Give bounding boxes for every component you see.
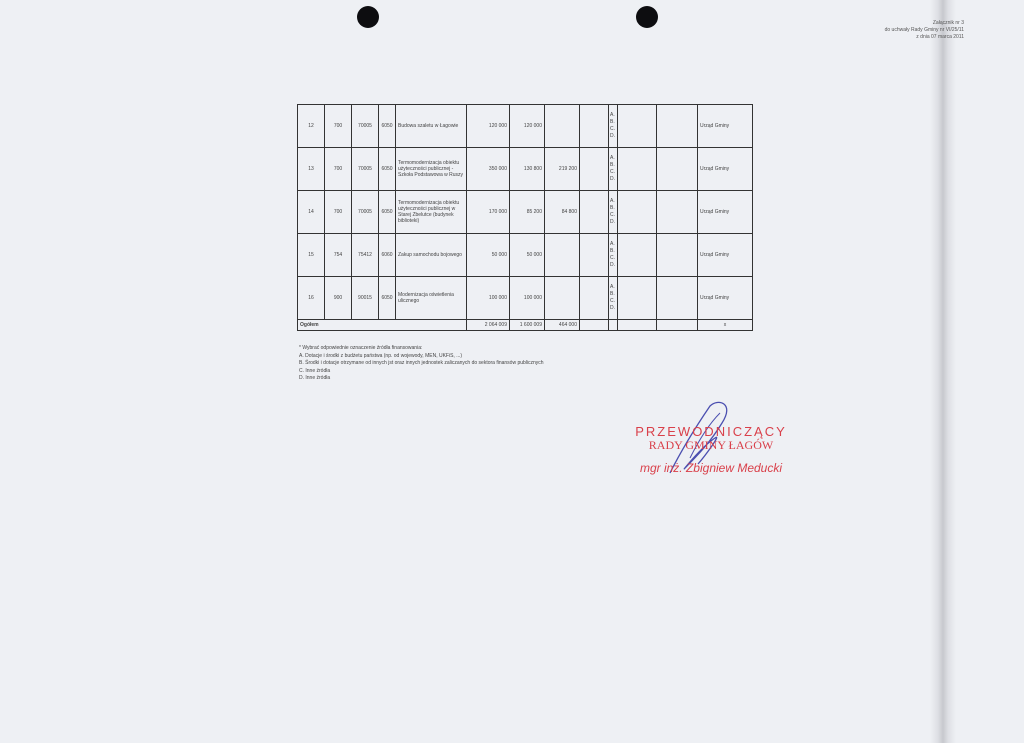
annex-header: Załącznik nr 3 do uchwały Rady Gminy nr … [885, 20, 964, 41]
note-line: * Wybrać odpowiednie oznaczenie źródła f… [299, 345, 544, 353]
rozdzial: 70005 [352, 191, 379, 234]
funding-source-option: C. [610, 212, 616, 219]
empty-cell [580, 105, 609, 148]
stamp-name: mgr inż. Zbigniew Meducki [626, 461, 796, 475]
scan-fold-shadow [930, 0, 956, 743]
dzial: 754 [325, 234, 352, 277]
funding-source-cell: A.B.C.D. [609, 148, 618, 191]
financing-notes: * Wybrać odpowiednie oznaczenie źródła f… [299, 345, 544, 383]
total-cost: 120 000 [467, 105, 510, 148]
funding-source-option: C. [610, 298, 616, 305]
empty-cell [657, 148, 698, 191]
amount-1: 100 000 [510, 277, 545, 320]
total-cost: 50 000 [467, 234, 510, 277]
responsible-unit: Urząd Gminy [698, 277, 753, 320]
funding-source-option: A. [610, 155, 616, 162]
paragraf: 6050 [379, 148, 396, 191]
investment-table: 12700700056050Budowa szaletu w Łagowie12… [297, 104, 753, 331]
task-name: Zakup samochodu bojowego [396, 234, 467, 277]
funding-source-option: D. [610, 176, 616, 183]
table-row: 16900900156050Modernizacja oświetlenia u… [298, 277, 753, 320]
empty-cell [657, 320, 698, 331]
summary-total: 2 064 009 [467, 320, 510, 331]
funding-source-cell: A.B.C.D. [609, 191, 618, 234]
annex-line: Załącznik nr 3 [885, 20, 964, 27]
responsible-unit: Urząd Gminy [698, 148, 753, 191]
empty-cell [618, 234, 657, 277]
empty-cell [657, 234, 698, 277]
funding-source-option: A. [610, 198, 616, 205]
dzial: 700 [325, 191, 352, 234]
paragraf: 6050 [379, 105, 396, 148]
amount-1: 50 000 [510, 234, 545, 277]
empty-cell [618, 105, 657, 148]
empty-cell [580, 191, 609, 234]
rozdzial: 70005 [352, 148, 379, 191]
total-cost: 170 000 [467, 191, 510, 234]
funding-source-option: D. [610, 219, 616, 226]
row-number: 12 [298, 105, 325, 148]
task-name: Termomodernizacja obiektu użyteczności p… [396, 191, 467, 234]
note-line: D. Inne źródła [299, 375, 544, 383]
total-cost: 350 000 [467, 148, 510, 191]
empty-cell [618, 191, 657, 234]
annex-line: do uchwały Rady Gminy nr VI/25/11 [885, 27, 964, 34]
amount-1: 120 000 [510, 105, 545, 148]
amount-1: 130 800 [510, 148, 545, 191]
empty-cell [618, 277, 657, 320]
dzial: 900 [325, 277, 352, 320]
paragraf: 6060 [379, 234, 396, 277]
empty-cell [580, 234, 609, 277]
stamp-title: PRZEWODNICZĄCY [626, 424, 796, 439]
amount-2 [545, 277, 580, 320]
empty-cell [657, 105, 698, 148]
summary-amount-1: 1 600 009 [510, 320, 545, 331]
funding-source-cell: A.B.C.D. [609, 277, 618, 320]
row-number: 14 [298, 191, 325, 234]
summary-unit: x [698, 320, 753, 331]
funding-source-option: A. [610, 112, 616, 119]
funding-source-option: C. [610, 126, 616, 133]
punch-hole-right [636, 6, 658, 28]
table-row: 12700700056050Budowa szaletu w Łagowie12… [298, 105, 753, 148]
note-line: A. Dotacje i środki z budżetu państwa (n… [299, 353, 544, 361]
funding-source-option: B. [610, 162, 616, 169]
funding-source-option: C. [610, 255, 616, 262]
table-row: 15754754126060Zakup samochodu bojowego50… [298, 234, 753, 277]
note-line: B. Środki i dotacje otrzymane od innych … [299, 360, 544, 368]
note-line: C. Inne źródła [299, 368, 544, 376]
responsible-unit: Urząd Gminy [698, 105, 753, 148]
task-name: Modernizacja oświetlenia ulicznego [396, 277, 467, 320]
amount-1: 85 200 [510, 191, 545, 234]
responsible-unit: Urząd Gminy [698, 191, 753, 234]
responsible-unit: Urząd Gminy [698, 234, 753, 277]
empty-cell [609, 320, 618, 331]
funding-source-option: A. [610, 241, 616, 248]
amount-2: 219 200 [545, 148, 580, 191]
amount-2: 84 800 [545, 191, 580, 234]
row-number: 15 [298, 234, 325, 277]
empty-cell [580, 320, 609, 331]
empty-cell [657, 191, 698, 234]
funding-source-cell: A.B.C.D. [609, 105, 618, 148]
funding-source-option: D. [610, 262, 616, 269]
funding-source-option: B. [610, 248, 616, 255]
empty-cell [618, 320, 657, 331]
amount-2 [545, 234, 580, 277]
funding-source-option: A. [610, 284, 616, 291]
funding-source-option: B. [610, 119, 616, 126]
stamp-subtitle: RADY GMINY ŁAGÓW [626, 438, 796, 453]
rozdzial: 75412 [352, 234, 379, 277]
empty-cell [657, 277, 698, 320]
funding-source-option: D. [610, 133, 616, 140]
total-cost: 100 000 [467, 277, 510, 320]
paragraf: 6050 [379, 191, 396, 234]
dzial: 700 [325, 148, 352, 191]
table-row: 14700700056050Termomodernizacja obiektu … [298, 191, 753, 234]
summary-row: Ogółem2 064 0091 600 009464 000x [298, 320, 753, 331]
task-name: Budowa szaletu w Łagowie [396, 105, 467, 148]
rozdzial: 90015 [352, 277, 379, 320]
summary-amount-2: 464 000 [545, 320, 580, 331]
funding-source-option: B. [610, 291, 616, 298]
dzial: 700 [325, 105, 352, 148]
funding-source-option: B. [610, 205, 616, 212]
row-number: 13 [298, 148, 325, 191]
punch-hole-left [357, 6, 379, 28]
empty-cell [580, 277, 609, 320]
chairman-stamp: PRZEWODNICZĄCY RADY GMINY ŁAGÓW mgr inż.… [626, 424, 796, 475]
funding-source-option: D. [610, 305, 616, 312]
empty-cell [580, 148, 609, 191]
row-number: 16 [298, 277, 325, 320]
rozdzial: 70005 [352, 105, 379, 148]
funding-source-cell: A.B.C.D. [609, 234, 618, 277]
annex-line: z dnia 07 marca 2011 [885, 34, 964, 41]
task-name: Termomodernizacja obiektu użyteczności p… [396, 148, 467, 191]
table-row: 13700700056050Termomodernizacja obiektu … [298, 148, 753, 191]
amount-2 [545, 105, 580, 148]
summary-label: Ogółem [298, 320, 467, 331]
funding-source-option: C. [610, 169, 616, 176]
empty-cell [618, 148, 657, 191]
paragraf: 6050 [379, 277, 396, 320]
